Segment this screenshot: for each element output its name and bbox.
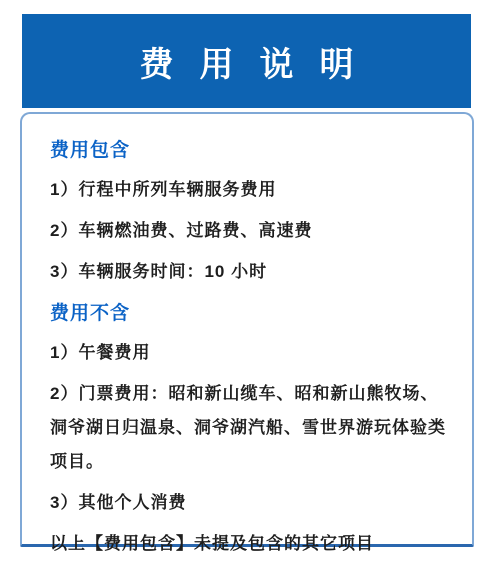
fee-excluded-item-1: 1）午餐费用 bbox=[50, 336, 446, 370]
header-banner: 费用说明 bbox=[22, 14, 471, 108]
section-heading-fees-included: 费用包含 bbox=[50, 138, 446, 164]
fee-included-item-2: 2）车辆燃油费、过路费、高速费 bbox=[50, 214, 446, 248]
section-heading-fees-excluded: 费用不含 bbox=[50, 301, 446, 327]
fee-included-item-3: 3）车辆服务时间：10 小时 bbox=[50, 255, 446, 289]
fee-excluded-item-3: 3）其他个人消费 bbox=[50, 486, 446, 520]
page-title: 费用说明 bbox=[114, 37, 380, 86]
fee-included-item-1: 1）行程中所列车辆服务费用 bbox=[50, 173, 446, 207]
fee-excluded-note: 以上【费用包含】未提及包含的其它项目 bbox=[50, 527, 446, 561]
fee-description-content: 费用包含 1）行程中所列车辆服务费用 2）车辆燃油费、过路费、高速费 3）车辆服… bbox=[22, 114, 472, 561]
fee-excluded-item-2: 2）门票费用：昭和新山缆车、昭和新山熊牧场、洞爷湖日归温泉、洞爷湖汽船、雪世界游… bbox=[50, 377, 446, 479]
fee-description-panel: 费用包含 1）行程中所列车辆服务费用 2）车辆燃油费、过路费、高速费 3）车辆服… bbox=[20, 112, 474, 547]
